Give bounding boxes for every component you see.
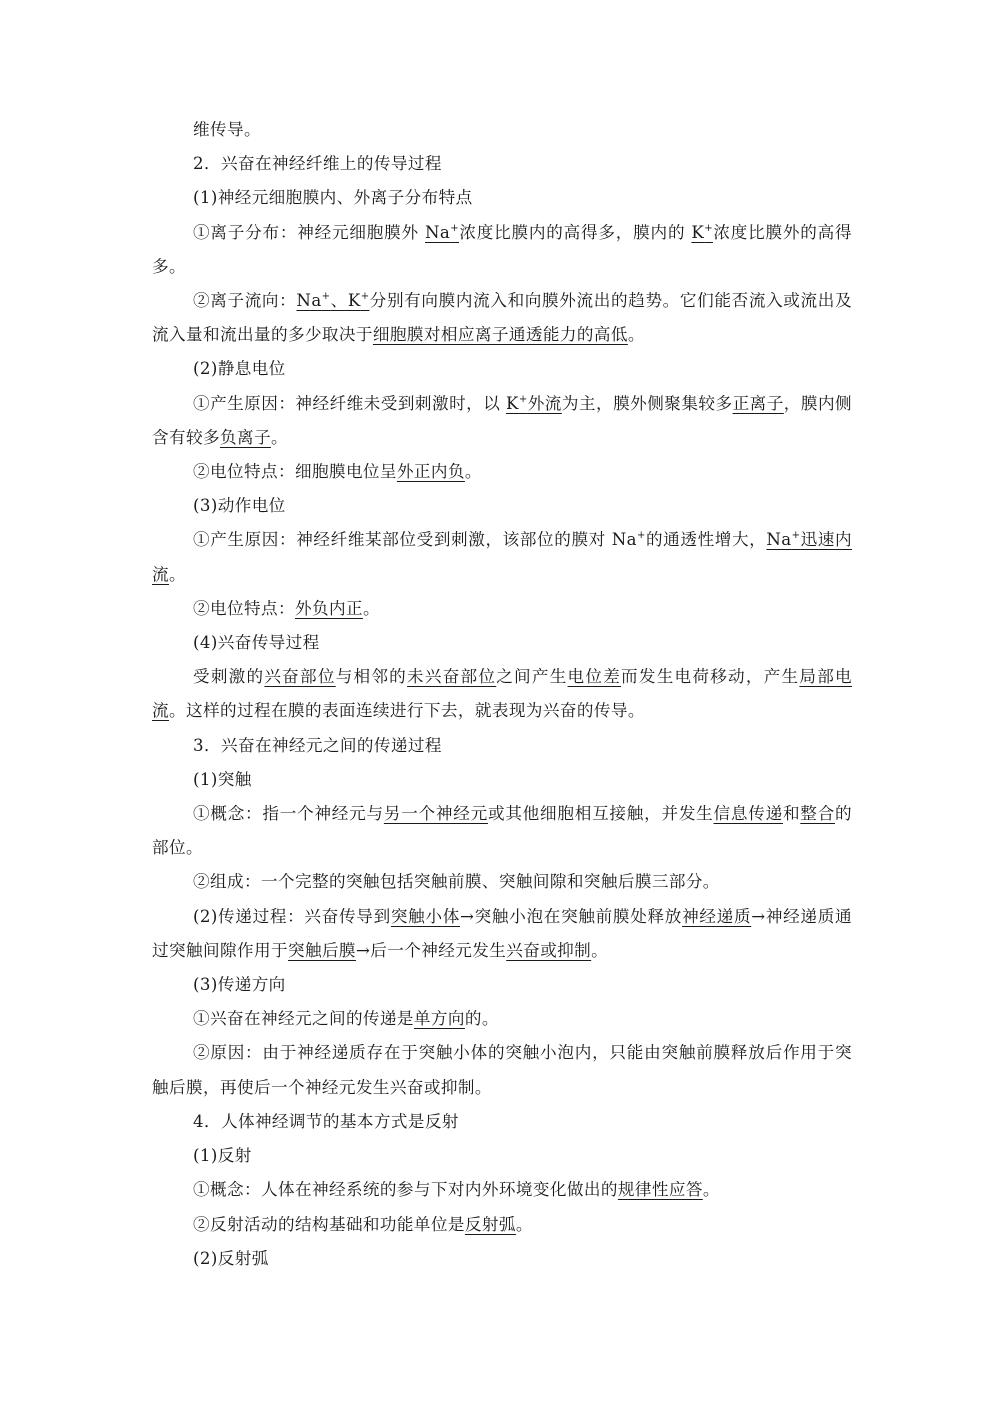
paragraph: ②原因：由于神经递质存在于突触小体的突触小泡内，只能由突触前膜释放后作用于突触后… — [152, 1036, 852, 1104]
run-text: 之间产生 — [496, 667, 567, 686]
text-run: (3)动作电位 — [193, 496, 286, 515]
run-text: ②离子流向： — [193, 291, 296, 310]
underlined-answer: 兴奋或抑制 — [506, 941, 591, 960]
paragraph: ①兴奋在神经元之间的传递是单方向的。 — [152, 1002, 852, 1036]
text-run: 之间产生 — [496, 667, 567, 686]
text-run: ①产生原因：神经纤维未受到刺激时，以 — [193, 394, 506, 413]
text-run: →突触小泡在突触前膜处释放 — [460, 907, 682, 926]
paragraph: (4)兴奋传导过程 — [152, 626, 852, 660]
run-text: ②原因：由于神经递质存在于突触小体的突触小泡内，只能由突触前膜释放后作用于突触后… — [152, 1043, 852, 1096]
run-text: 4．人体神经调节的基本方式是反射 — [193, 1112, 459, 1131]
run-text: 。 — [703, 1180, 720, 1199]
run-text: 整合 — [800, 804, 835, 823]
underlined-answer: 、K+ — [330, 291, 369, 310]
text-run: 的通透性增大， — [646, 530, 767, 549]
run-text: ①产生原因：神经纤维某部位受到刺激，该部位的膜对 Na — [193, 530, 637, 549]
run-text: 浓度比膜内的高得多，膜内的 — [459, 223, 691, 242]
underlined-answer: K+ — [506, 394, 528, 413]
text-run: 受刺激的 — [193, 667, 264, 686]
run-text: →后一个神经元发生 — [356, 941, 506, 960]
underlined-answer: 外流 — [528, 394, 562, 413]
run-text: 未兴奋部位 — [407, 667, 496, 686]
paragraph: 维传导。 — [152, 113, 852, 147]
run-text: 神经递质 — [682, 907, 751, 926]
paragraph: 4．人体神经调节的基本方式是反射 — [152, 1105, 852, 1139]
run-text: 3．兴奋在神经元之间的传递过程 — [193, 736, 442, 755]
underlined-answer: 电位差 — [568, 667, 622, 686]
run-text: K — [691, 223, 704, 242]
run-text: 。 — [169, 565, 186, 584]
run-text: 突触小体 — [391, 907, 460, 926]
run-text: (2)静息电位 — [193, 359, 286, 378]
underlined-answer: 兴奋部位 — [264, 667, 335, 686]
paragraph: ①产生原因：神经纤维未受到刺激时，以 K+外流为主，膜外侧聚集较多正离子，膜内侧… — [152, 387, 852, 455]
run-text: 或其他细胞相互接触，并发生 — [488, 804, 714, 823]
run-text: 外负内正 — [295, 599, 363, 618]
text-run: (2)静息电位 — [193, 359, 286, 378]
underlined-answer: Na+ — [425, 223, 459, 242]
run-text: 。 — [628, 325, 645, 344]
run-text: 2．兴奋在神经纤维上的传导过程 — [193, 154, 442, 173]
underlined-answer: 整合 — [800, 804, 835, 823]
text-run: ①概念：指一个神经元与 — [193, 804, 384, 823]
run-text: 为主，膜外侧聚集较多 — [562, 394, 733, 413]
text-run: 3．兴奋在神经元之间的传递过程 — [193, 736, 442, 755]
run-text: 与相邻的 — [336, 667, 407, 686]
run-text: ①概念：人体在神经系统的参与下对内外环境变化做出的 — [193, 1180, 618, 1199]
run-text: 。 — [516, 1215, 533, 1234]
run-text: 、K — [330, 291, 360, 310]
underlined-answer: 信息传递 — [714, 804, 783, 823]
paragraph: ①离子分布：神经元细胞膜外 Na+浓度比膜内的高得多，膜内的 K+浓度比膜外的高… — [152, 216, 852, 284]
paragraph: ①产生原因：神经纤维某部位受到刺激，该部位的膜对 Na+的通透性增大，Na+迅速… — [152, 523, 852, 591]
text-run: 。 — [363, 599, 380, 618]
underlined-answer: 规律性应答 — [618, 1180, 703, 1199]
run-text: ②电位特点：细胞膜电位呈 — [193, 462, 397, 481]
text-run: 。 — [271, 428, 288, 447]
paragraph: 2．兴奋在神经纤维上的传导过程 — [152, 147, 852, 181]
run-text: 外正内负 — [397, 462, 465, 481]
text-run: (2)反射弧 — [193, 1249, 269, 1268]
underlined-answer: 突触后膜 — [288, 941, 356, 960]
run-text: 兴奋部位 — [264, 667, 335, 686]
text-run: →后一个神经元发生 — [356, 941, 506, 960]
paragraph: ②反射活动的结构基础和功能单位是反射弧。 — [152, 1208, 852, 1242]
text-run: 。 — [628, 325, 645, 344]
paragraph: (3)传递方向 — [152, 968, 852, 1002]
text-run: 浓度比膜内的高得多，膜内的 — [459, 223, 691, 242]
text-run: (1)神经元细胞膜内、外离子分布特点 — [193, 188, 473, 207]
text-run: 。 — [591, 941, 608, 960]
run-text: 细胞膜对相应离子通透能力的高低 — [373, 325, 628, 344]
underlined-answer: K+ — [691, 223, 713, 242]
text-run: 。 — [703, 1180, 720, 1199]
document-page: 维传导。2．兴奋在神经纤维上的传导过程(1)神经元细胞膜内、外离子分布特点①离子… — [152, 113, 852, 1276]
run-text: (1)突触 — [193, 770, 252, 789]
paragraph: ①概念：人体在神经系统的参与下对内外环境变化做出的规律性应答。 — [152, 1173, 852, 1207]
text-run: 2．兴奋在神经纤维上的传导过程 — [193, 154, 442, 173]
text-run: ①概念：人体在神经系统的参与下对内外环境变化做出的 — [193, 1180, 618, 1199]
underlined-answer: 细胞膜对相应离子通透能力的高低 — [373, 325, 628, 344]
run-text: →突触小泡在突触前膜处释放 — [460, 907, 682, 926]
run-text: 受刺激的 — [193, 667, 264, 686]
text-run: ②组成：一个完整的突触包括突触前膜、突触间隙和突触后膜三部分。 — [193, 872, 720, 891]
run-text: 外流 — [528, 394, 562, 413]
run-text: ②电位特点： — [193, 599, 295, 618]
run-text: 规律性应答 — [618, 1180, 703, 1199]
run-text: 的。 — [465, 1009, 499, 1028]
text-run: ②电位特点：细胞膜电位呈 — [193, 462, 397, 481]
run-text: (2)传递过程：兴奋传导到 — [193, 907, 391, 926]
underlined-answer: 单方向 — [414, 1009, 465, 1028]
underlined-answer: 外负内正 — [295, 599, 363, 618]
superscript-charge: + — [450, 223, 459, 234]
run-text: Na — [425, 223, 450, 242]
run-text: 。 — [591, 941, 608, 960]
underlined-answer: 另一个神经元 — [384, 804, 488, 823]
text-run: ②离子流向： — [193, 291, 296, 310]
run-text: 电位差 — [568, 667, 622, 686]
run-text: (3)传递方向 — [193, 975, 286, 994]
paragraph: (2)静息电位 — [152, 352, 852, 386]
run-text: 维传导。 — [193, 120, 261, 139]
underlined-answer: 正离子 — [733, 394, 784, 413]
run-text: 。 — [363, 599, 380, 618]
run-text: ①概念：指一个神经元与 — [193, 804, 384, 823]
underlined-answer: Na+ — [766, 530, 800, 549]
text-run: ①产生原因：神经纤维某部位受到刺激，该部位的膜对 Na — [193, 530, 637, 549]
underlined-answer: 反射弧 — [465, 1215, 516, 1234]
run-text: 。 — [271, 428, 288, 447]
text-run: 或其他细胞相互接触，并发生 — [488, 804, 714, 823]
paragraph: ②组成：一个完整的突触包括突触前膜、突触间隙和突触后膜三部分。 — [152, 865, 852, 899]
run-text: K — [506, 394, 519, 413]
run-text: ②组成：一个完整的突触包括突触前膜、突触间隙和突触后膜三部分。 — [193, 872, 720, 891]
run-text: 另一个神经元 — [384, 804, 488, 823]
paragraph: (1)突触 — [152, 763, 852, 797]
underlined-answer: 神经递质 — [682, 907, 751, 926]
paragraph: (1)反射 — [152, 1139, 852, 1173]
run-text: 。这样的过程在膜的表面连续进行下去，就表现为兴奋的传导。 — [169, 701, 645, 720]
text-run: (1)反射 — [193, 1146, 252, 1165]
run-text: 。 — [465, 462, 482, 481]
run-text: 单方向 — [414, 1009, 465, 1028]
run-text: 而发生电荷移动，产生 — [621, 667, 799, 686]
run-text: (4)兴奋传导过程 — [193, 633, 320, 652]
run-text: 正离子 — [733, 394, 784, 413]
paragraph: ①概念：指一个神经元与另一个神经元或其他细胞相互接触，并发生信息传递和整合的部位… — [152, 797, 852, 865]
text-run: 。 — [169, 565, 186, 584]
run-text: 兴奋或抑制 — [506, 941, 591, 960]
text-run: 维传导。 — [193, 120, 261, 139]
run-text: ①兴奋在神经元之间的传递是 — [193, 1009, 414, 1028]
paragraph: (2)反射弧 — [152, 1242, 852, 1276]
text-run: 4．人体神经调节的基本方式是反射 — [193, 1112, 459, 1131]
underlined-answer: 突触小体 — [391, 907, 460, 926]
text-run: ②电位特点： — [193, 599, 295, 618]
run-text: Na — [296, 291, 321, 310]
text-run: (4)兴奋传导过程 — [193, 633, 320, 652]
underlined-answer: 外正内负 — [397, 462, 465, 481]
text-run: 。 — [465, 462, 482, 481]
text-run: (3)传递方向 — [193, 975, 286, 994]
superscript-charge: + — [704, 223, 713, 234]
text-run: 。 — [516, 1215, 533, 1234]
run-text: (3)动作电位 — [193, 496, 286, 515]
text-run: ①离子分布：神经元细胞膜外 — [193, 223, 425, 242]
text-run: 与相邻的 — [336, 667, 407, 686]
run-text: Na — [766, 530, 791, 549]
run-text: 负离子 — [220, 428, 271, 447]
run-text: 的通透性增大， — [646, 530, 767, 549]
paragraph: (3)动作电位 — [152, 489, 852, 523]
text-run: 的。 — [465, 1009, 499, 1028]
underlined-answer: 负离子 — [220, 428, 271, 447]
paragraph: 受刺激的兴奋部位与相邻的未兴奋部位之间产生电位差而发生电荷移动，产生局部电流。这… — [152, 660, 852, 728]
text-run: + — [637, 530, 646, 549]
underlined-answer: 未兴奋部位 — [407, 667, 496, 686]
text-run: 和 — [783, 804, 800, 823]
paragraph: ②离子流向：Na+、K+分别有向膜内流入和向膜外流出的趋势。它们能否流入或流出及… — [152, 284, 852, 352]
paragraph: ②电位特点：外负内正。 — [152, 592, 852, 626]
text-run: ②反射活动的结构基础和功能单位是 — [193, 1215, 465, 1234]
text-run: ①兴奋在神经元之间的传递是 — [193, 1009, 414, 1028]
paragraph: ②电位特点：细胞膜电位呈外正内负。 — [152, 455, 852, 489]
run-text: 信息传递 — [714, 804, 783, 823]
paragraph: 3．兴奋在神经元之间的传递过程 — [152, 729, 852, 763]
superscript-charge: + — [637, 530, 646, 541]
text-run: (2)传递过程：兴奋传导到 — [193, 907, 391, 926]
text-run: 而发生电荷移动，产生 — [621, 667, 799, 686]
run-text: ①离子分布：神经元细胞膜外 — [193, 223, 425, 242]
paragraph: (2)传递过程：兴奋传导到突触小体→突触小泡在突触前膜处释放神经递质→神经递质通… — [152, 900, 852, 968]
run-text: ①产生原因：神经纤维未受到刺激时，以 — [193, 394, 506, 413]
text-run: 。这样的过程在膜的表面连续进行下去，就表现为兴奋的传导。 — [169, 701, 645, 720]
superscript-charge: + — [519, 394, 528, 405]
paragraph: (1)神经元细胞膜内、外离子分布特点 — [152, 181, 852, 215]
run-text: (1)神经元细胞膜内、外离子分布特点 — [193, 188, 473, 207]
run-text: ②反射活动的结构基础和功能单位是 — [193, 1215, 465, 1234]
run-text: 反射弧 — [465, 1215, 516, 1234]
run-text: 突触后膜 — [288, 941, 356, 960]
text-run: 为主，膜外侧聚集较多 — [562, 394, 733, 413]
run-text: 和 — [783, 804, 800, 823]
run-text: (1)反射 — [193, 1146, 252, 1165]
run-text: (2)反射弧 — [193, 1249, 269, 1268]
text-run: ②原因：由于神经递质存在于突触小体的突触小泡内，只能由突触前膜释放后作用于突触后… — [152, 1043, 852, 1096]
underlined-answer: Na+ — [296, 291, 330, 310]
text-run: (1)突触 — [193, 770, 252, 789]
